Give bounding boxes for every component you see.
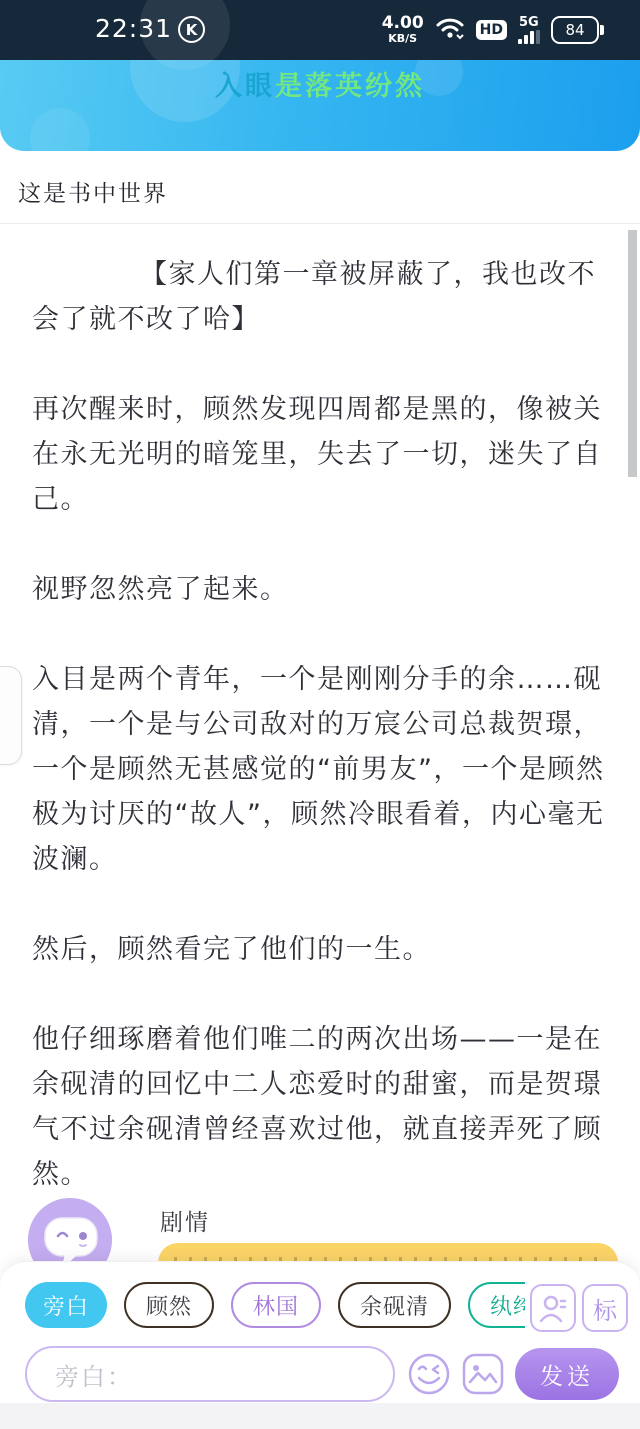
app-screen: 22:31 K 4.00 KB/S HD 5G 84 bbox=[0, 0, 640, 1429]
paragraph[interactable]: 【家人们第一章被屏蔽了，我也改不会了就不改了哈】 bbox=[32, 252, 612, 342]
status-icons: 4.00 KB/S HD 5G 84 bbox=[382, 8, 604, 52]
wifi-icon bbox=[435, 15, 465, 45]
clock: 22:31 bbox=[95, 14, 172, 43]
paragraph[interactable]: 再次醒来时，顾然发现四周都是黑的，像被关在永无光明的暗笼里，失去了一切，迷失了自… bbox=[32, 387, 612, 522]
composer-panel: 旁白 顾然 林国 余砚清 纨绔 剧 标 旁白： bbox=[0, 1261, 640, 1429]
paragraph[interactable]: 视野忽然亮了起来。 bbox=[32, 567, 612, 612]
battery-percent: 84 bbox=[551, 16, 599, 44]
hd-icon: HD bbox=[476, 20, 507, 40]
gesture-area bbox=[0, 1403, 640, 1429]
status-bar: 22:31 K 4.00 KB/S HD 5G 84 bbox=[0, 0, 640, 60]
cellular-signal-icon: 5G bbox=[518, 16, 540, 44]
input-placeholder: 旁白： bbox=[55, 1357, 133, 1392]
emoji-icon[interactable] bbox=[407, 1352, 451, 1396]
book-title-highlight: 入眼 bbox=[215, 71, 275, 102]
message-input[interactable]: 旁白： bbox=[25, 1346, 395, 1402]
operator-k-icon: K bbox=[178, 16, 205, 43]
paragraph[interactable]: 然后，顾然看完了他们的一生。 bbox=[32, 927, 612, 972]
chip-narration[interactable]: 旁白 bbox=[25, 1282, 107, 1328]
add-character-button[interactable] bbox=[530, 1284, 576, 1332]
net-speed-unit: KB/S bbox=[388, 33, 417, 45]
side-drawer-handle[interactable] bbox=[0, 666, 22, 765]
chip-yuyanqing[interactable]: 余砚清 bbox=[338, 1282, 451, 1328]
chip-guran[interactable]: 顾然 bbox=[124, 1282, 214, 1328]
scrollbar[interactable] bbox=[628, 230, 637, 477]
app-header: 入眼是落英纷然 字数统计 保存 旧版 发布 bbox=[0, 60, 640, 151]
editor-area[interactable]: 这是书中世界 【家人们第一章被屏蔽了，我也改不会了就不改了哈】 再次醒来时，顾然… bbox=[0, 151, 640, 1192]
tag-button[interactable]: 标 bbox=[582, 1284, 628, 1332]
network-type-label: 5G bbox=[519, 16, 539, 29]
paragraph[interactable]: 入目是两个青年，一个是刚刚分手的余……砚清，一个是与公司敌对的万宸公司总裁贺璟，… bbox=[32, 657, 612, 882]
battery-icon: 84 bbox=[551, 16, 604, 44]
chip-linguo[interactable]: 林国 bbox=[231, 1282, 321, 1328]
paragraph[interactable]: 他仔细琢磨着他们唯二的两次出场——一是在余砚清的回忆中二人恋爱时的甜蜜，而是贺璟… bbox=[32, 1017, 612, 1197]
network-speed: 4.00 KB/S bbox=[382, 15, 424, 44]
character-chips-row[interactable]: 旁白 顾然 林国 余砚清 纨绔 剧 bbox=[25, 1280, 525, 1330]
send-button[interactable]: 发送 bbox=[515, 1348, 619, 1400]
speaker-label: 剧情 bbox=[160, 1204, 210, 1237]
chip-wanku[interactable]: 纨绔 bbox=[468, 1282, 525, 1328]
chapter-title-input[interactable]: 这是书中世界 bbox=[0, 151, 640, 208]
book-title: 入眼是落英纷然 bbox=[0, 64, 640, 103]
image-icon[interactable] bbox=[461, 1352, 505, 1396]
book-title-rest: 是落英纷然 bbox=[275, 71, 425, 102]
decorative-bubble bbox=[30, 108, 90, 151]
net-speed-value: 4.00 bbox=[382, 15, 424, 33]
